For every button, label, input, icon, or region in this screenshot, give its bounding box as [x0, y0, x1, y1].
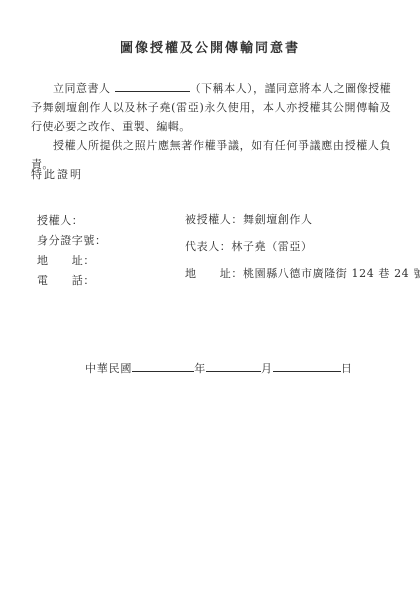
licensee-representative-value: 林子堯（雷亞）: [231, 240, 312, 253]
licensee-name-label: 被授權人：: [185, 213, 243, 226]
consent-paragraph-prefix: 立同意書人: [53, 82, 111, 95]
licensor-address-label: 地 址：: [37, 254, 95, 267]
licensee-representative-row: 代表人：林子堯（雷亞）: [185, 240, 420, 253]
day-label: 日: [341, 362, 353, 375]
licensee-name-row: 被授權人：舞劍壇創作人: [185, 213, 420, 226]
document-title: 圖像授權及公開傳輸同意書: [0, 40, 420, 58]
licensee-address-row: 地 址：桃園縣八德市廣隆街 124 巷 24 號: [185, 267, 420, 280]
date-signature-line: 中華民國年月日: [85, 360, 353, 376]
licensor-address-row: 地 址：: [37, 251, 107, 271]
year-blank-line: [132, 360, 194, 372]
licensee-representative-label: 代表人：: [185, 240, 231, 253]
day-blank-line: [273, 360, 341, 372]
licensor-phone-label: 電 話：: [37, 274, 95, 287]
licensee-address-label: 地 址：: [185, 267, 243, 280]
consenter-name-blank-line: [115, 80, 190, 92]
liability-paragraph: 授權人所提供之照片應無著作權爭議，如有任何爭議應由授權人負責。: [31, 136, 391, 174]
licensor-phone-row: 電 話：: [37, 271, 107, 291]
licensor-name-label: 授權人：: [37, 214, 83, 227]
consent-document-page: 圖像授權及公開傳輸同意書 立同意書人 （下稱本人），謹同意將本人之圖像授權予舞劍…: [0, 0, 420, 593]
consent-paragraph: 立同意書人 （下稱本人），謹同意將本人之圖像授權予舞劍壇創作人以及林子堯(雷亞)…: [31, 79, 391, 136]
licensor-id-row: 身分證字號：: [37, 231, 107, 251]
certify-statement: 特此證明: [31, 165, 83, 184]
licensee-address-value: 桃園縣八德市廣隆街 124 巷 24 號: [243, 267, 420, 280]
year-label: 年: [194, 362, 206, 375]
era-label: 中華民國: [85, 362, 132, 375]
month-blank-line: [206, 360, 261, 372]
licensor-id-label: 身分證字號：: [37, 234, 107, 247]
licensor-name-row: 授權人：: [37, 211, 107, 231]
licensee-fields: 被授權人：舞劍壇創作人 代表人：林子堯（雷亞） 地 址：桃園縣八德市廣隆街 12…: [185, 213, 420, 294]
licensor-fields: 授權人： 身分證字號： 地 址： 電 話：: [37, 211, 107, 291]
month-label: 月: [261, 362, 273, 375]
licensee-name-value: 舞劍壇創作人: [243, 213, 313, 226]
